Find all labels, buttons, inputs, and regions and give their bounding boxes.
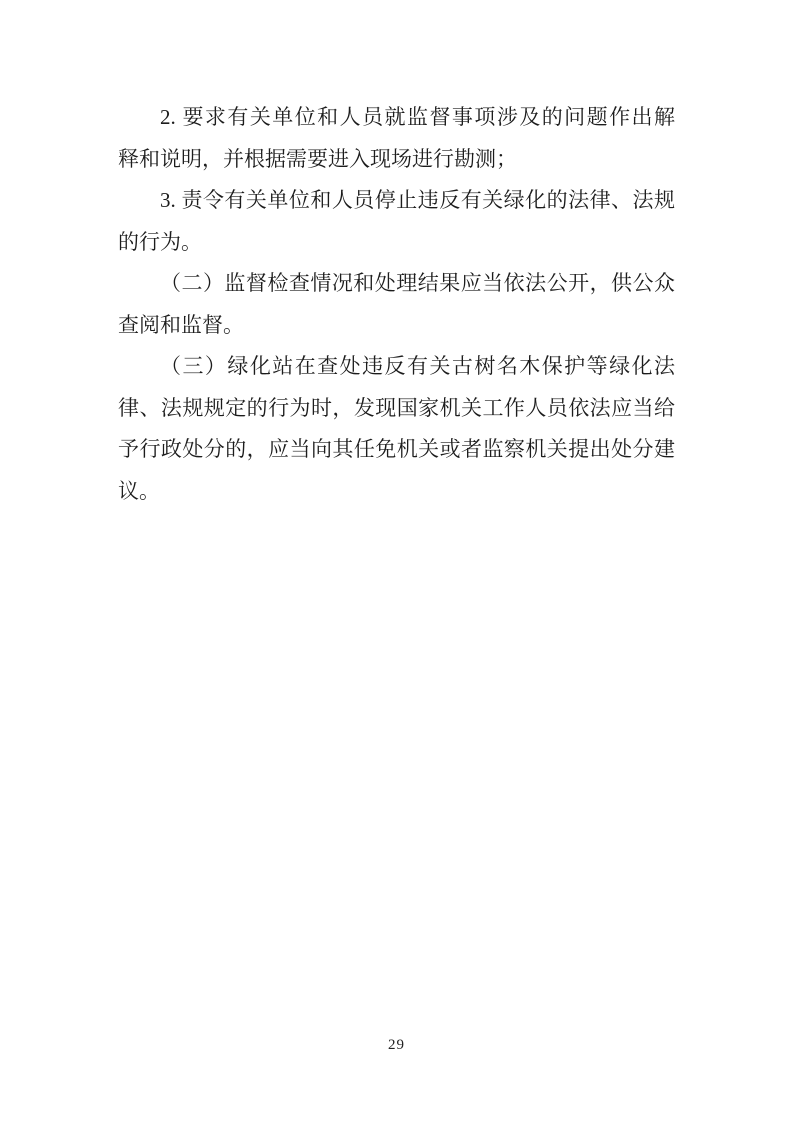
paragraph: 3. 责令有关单位和人员停止违反有关绿化的法律、法规的行为。 bbox=[118, 180, 675, 263]
paragraph: 2. 要求有关单位和人员就监督事项涉及的问题作出解释和说明，并根据需要进入现场进… bbox=[118, 97, 675, 180]
paragraph: （二）监督检查情况和处理结果应当依法公开，供公众查阅和监督。 bbox=[118, 263, 675, 346]
page-number: 29 bbox=[388, 1037, 405, 1053]
paragraph: （三）绿化站在查处违反有关古树名木保护等绿化法律、法规规定的行为时，发现国家机关… bbox=[118, 346, 675, 512]
text-line: 释和说明，并根据需要进入现场进行勘测； bbox=[118, 139, 675, 181]
page-footer: 29 bbox=[0, 1036, 793, 1054]
text-line: 予行政处分的，应当向其任免机关或者监察机关提出处分建 bbox=[118, 429, 675, 471]
document-body: 2. 要求有关单位和人员就监督事项涉及的问题作出解释和说明，并根据需要进入现场进… bbox=[118, 97, 675, 512]
text-line: 3. 责令有关单位和人员停止违反有关绿化的法律、法规 bbox=[118, 180, 675, 222]
text-line: （三）绿化站在查处违反有关古树名木保护等绿化法 bbox=[118, 346, 675, 388]
text-line: 2. 要求有关单位和人员就监督事项涉及的问题作出解 bbox=[118, 97, 675, 139]
text-line: （二）监督检查情况和处理结果应当依法公开，供公众 bbox=[118, 263, 675, 305]
text-line: 议。 bbox=[118, 471, 675, 513]
text-line: 查阅和监督。 bbox=[118, 305, 675, 347]
text-line: 律、法规规定的行为时，发现国家机关工作人员依法应当给 bbox=[118, 388, 675, 430]
text-line: 的行为。 bbox=[118, 222, 675, 264]
document-page: 2. 要求有关单位和人员就监督事项涉及的问题作出解释和说明，并根据需要进入现场进… bbox=[0, 0, 793, 1122]
